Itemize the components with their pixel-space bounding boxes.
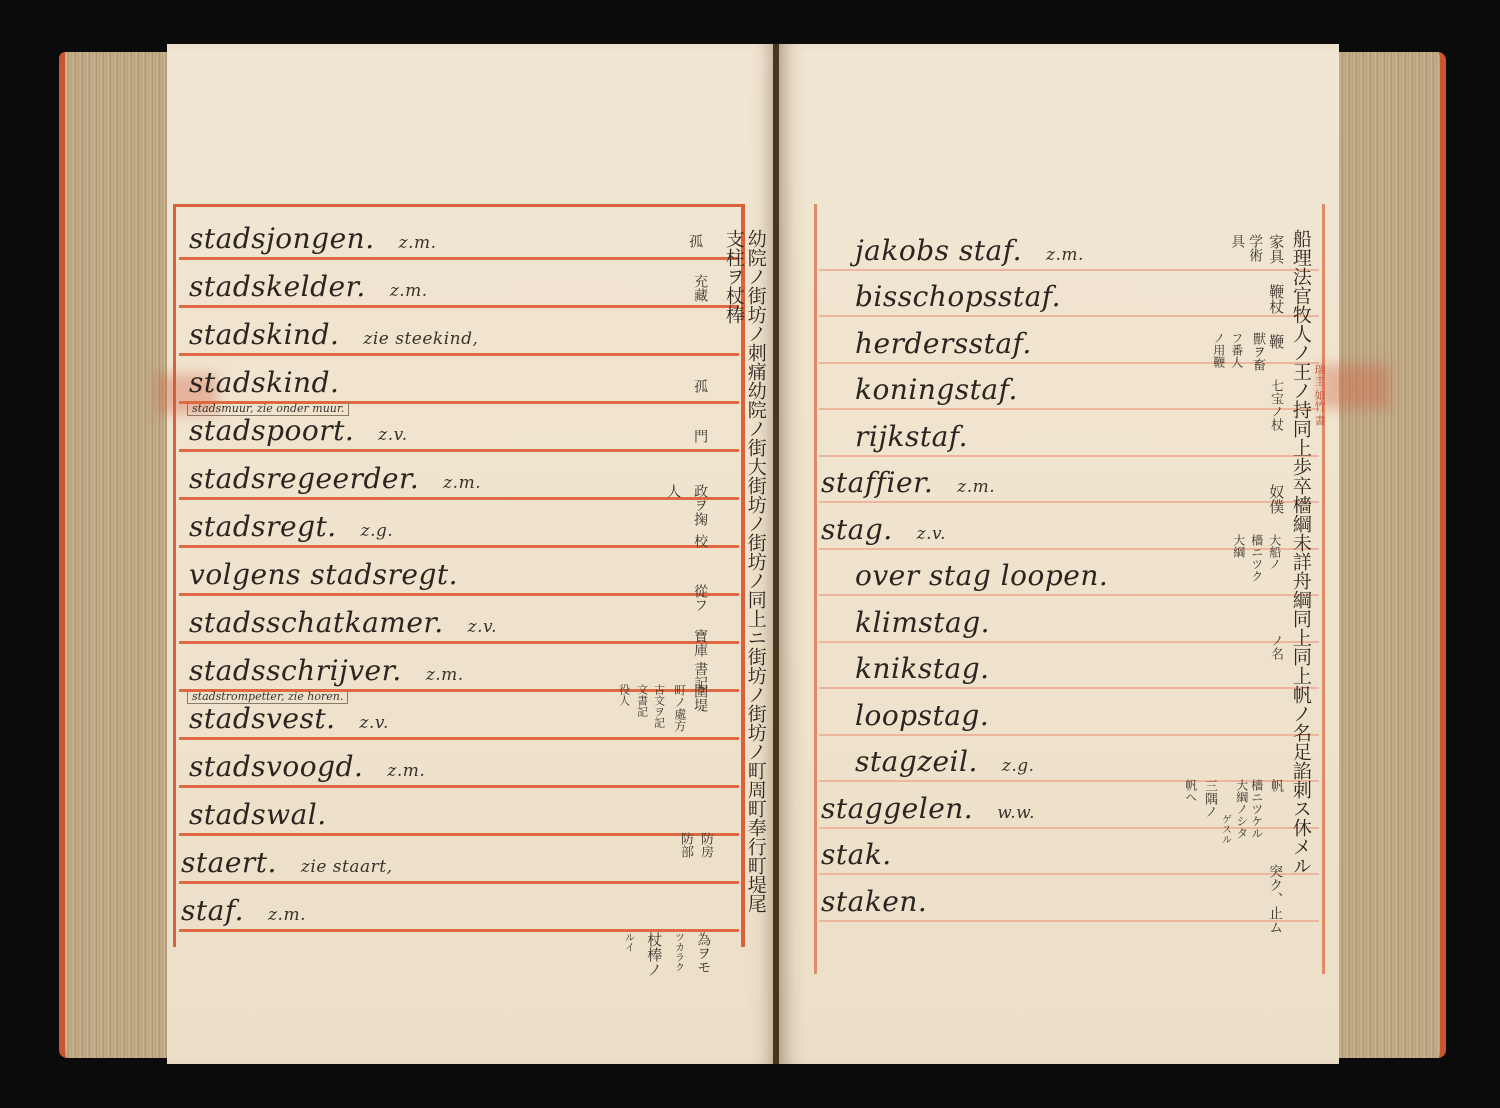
entry-word: stadsjongen. [189, 222, 375, 255]
japanese-note: 三隅ノ [1201, 779, 1216, 818]
entry-word: stadskind. [189, 318, 339, 351]
entry-word: stagzeil. [855, 745, 978, 778]
entry-row: stadsvoogd.z.m. [179, 740, 739, 788]
entry-row: staert.zie staart, [179, 836, 739, 884]
entry-row: stadskind. [179, 356, 739, 404]
japanese-translation-column: 船理法官牧人ノ王ノ持同上歩卒檣綱未詳舟綱同上同上帆ノ名足諂刺ス休メル [1289, 229, 1311, 949]
entry-word: stadspoort. [189, 414, 354, 447]
entry-row: stadskind.zie steekind, [179, 308, 739, 356]
entry-word: stadskelder. [189, 270, 366, 303]
japanese-note: 為ヲモ [695, 932, 711, 974]
entry-word: staggelen. [821, 792, 973, 825]
red-smudge [1319, 364, 1389, 409]
japanese-note: 役人 [617, 684, 630, 706]
entry-row: stadsmuur, zie onder muur.stadspoort.z.v… [179, 404, 739, 452]
japanese-note: フ番人 [1229, 332, 1243, 368]
left-page: stadsjongen.z.m. stadskelder.z.m. stadsk… [167, 44, 777, 1064]
japanese-note: 防部 [677, 832, 692, 858]
entry-grammar: z.m. [1046, 245, 1084, 265]
entry-grammar: w.w. [997, 803, 1035, 823]
entry-row: herdersstaf. [819, 317, 1319, 364]
entry-row: staf.z.m. [179, 884, 739, 932]
japanese-note: 学術 [1247, 234, 1263, 262]
entry-word: stadswal. [189, 798, 327, 831]
japanese-note: 從フ [692, 584, 708, 612]
entry-word: stadsschrijver. [189, 654, 402, 687]
entry-grammar: zie staart, [301, 857, 393, 877]
japanese-note: 鞭 [1267, 334, 1284, 349]
japanese-note: 圍堤 [692, 684, 708, 712]
entry-row: koningstaf. [819, 364, 1319, 411]
entry-word: stadsvest. [189, 702, 336, 735]
japanese-note: 奴僕 [1267, 484, 1284, 514]
left-entry-list: stadsjongen.z.m. stadskelder.z.m. stadsk… [179, 212, 739, 932]
japanese-note: 家具 [1267, 234, 1284, 264]
entry-grammar: z.m. [426, 665, 464, 685]
entry-row: stadsschatkamer.z.v. [179, 596, 739, 644]
right-page-edge-stack [1332, 52, 1446, 1058]
japanese-note: 帆ヘ [1183, 779, 1197, 803]
entry-word: stadsregt. [189, 510, 337, 543]
entry-word: staf. [181, 894, 244, 927]
entry-row: staffier.z.m. [819, 457, 1319, 504]
left-page-edge-stack [59, 52, 167, 1058]
entry-word: staffier. [821, 466, 933, 499]
entry-grammar: z.g. [1002, 756, 1035, 776]
entry-word: bisschopsstaf. [855, 280, 1061, 313]
entry-word: stag. [821, 513, 893, 546]
japanese-note: 孤 [692, 379, 708, 393]
japanese-note: 大綱 [1231, 534, 1245, 558]
japanese-note: 大船ノ [1267, 534, 1281, 570]
japanese-note: ノ用鞭 [1211, 332, 1225, 368]
entry-word: klimstag. [855, 606, 990, 639]
entry-word: stak. [821, 838, 892, 871]
entry-row: staken. [819, 875, 1319, 922]
japanese-note: 寶庫 書記 [692, 629, 708, 689]
japanese-note: 充藏 [692, 274, 708, 302]
japanese-note: ルイ [622, 932, 634, 952]
entry-grammar: z.m. [443, 473, 481, 493]
entry-word: staken. [821, 885, 927, 918]
entry-word: knikstag. [855, 652, 990, 685]
japanese-note: 人 [665, 484, 681, 498]
japanese-note: 檣ニツク [1249, 534, 1263, 582]
japanese-translation-column: 幼院ノ街坊ノ刺痛幼院ノ街大街坊ノ街坊ノ同上ニ街坊ノ街坊ノ町周町奉行町堤尾支柱ヲ杖… [722, 229, 766, 929]
entry-grammar: z.v. [917, 524, 946, 544]
japanese-note: 町ノ處方 [672, 684, 686, 732]
entry-grammar: z.g. [361, 521, 394, 541]
entry-row: bisschopsstaf. [819, 271, 1319, 318]
entry-grammar: z.v. [360, 713, 389, 733]
japanese-note: 防房 [697, 832, 712, 858]
japanese-note: 鞭杖 [1267, 284, 1284, 314]
entry-row: stadsregeerder.z.m. [179, 452, 739, 500]
japanese-note: 帆 [1267, 779, 1282, 792]
japanese-note: 大綱ノシタ [1234, 779, 1248, 839]
entry-row: rijkstaf. [819, 410, 1319, 457]
entry-row: knikstag. [819, 643, 1319, 690]
entry-word: herdersstaf. [855, 327, 1032, 360]
entry-word: rijkstaf. [855, 420, 968, 453]
japanese-note: 七宝ノ杖 [1267, 379, 1282, 431]
open-book: stadsjongen.z.m. stadskelder.z.m. stadsk… [55, 44, 1450, 1064]
entry-grammar: z.m. [957, 477, 995, 497]
entry-word: stadskind. [189, 366, 339, 399]
japanese-note: 突ク、止ム [1267, 864, 1283, 934]
right-page: jakobs staf.z.m. bisschopsstaf. herderss… [779, 44, 1339, 1064]
entry-grammar: z.m. [268, 905, 306, 925]
japanese-note: 檣ニツケル [1249, 779, 1263, 839]
entry-row: klimstag. [819, 596, 1319, 643]
japanese-note: ゲスル [1219, 814, 1231, 844]
entry-word: stadsvoogd. [189, 750, 363, 783]
japanese-note: 校 [692, 534, 708, 548]
japanese-note: 古文ヲ記 [652, 684, 665, 728]
entry-word: stadsschatkamer. [189, 606, 444, 639]
entry-word: koningstaf. [855, 373, 1018, 406]
entry-word: loopstag. [855, 699, 989, 732]
entry-word: jakobs staf. [855, 234, 1022, 267]
entry-word: staert. [181, 846, 277, 879]
entry-grammar: z.v. [378, 425, 407, 445]
entry-grammar: zie steekind, [363, 329, 478, 349]
entry-grammar: z.m. [387, 761, 425, 781]
entry-word: over stag loopen. [855, 559, 1108, 592]
entry-grammar: z.m. [390, 281, 428, 301]
japanese-note: 具 [1229, 234, 1245, 248]
entry-word: stadsregeerder. [189, 462, 419, 495]
entry-word: volgens stadsregt. [189, 558, 458, 591]
entry-row: loopstag. [819, 689, 1319, 736]
japanese-note: ツカラク [672, 932, 684, 972]
japanese-note: 獸ヲ畜 [1249, 332, 1264, 371]
entry-row: stagzeil.z.g. [819, 736, 1319, 783]
japanese-note: ノ名 [1267, 634, 1282, 660]
entry-row: stadsjongen.z.m. [179, 212, 739, 260]
japanese-note: 杖棒ノ [645, 932, 662, 977]
japanese-note: 門 [692, 429, 708, 443]
entry-grammar: z.m. [399, 233, 437, 253]
entry-row: volgens stadsregt. [179, 548, 739, 596]
japanese-note: 政ヲ掬 [692, 484, 708, 526]
japanese-note: 文書記 [635, 684, 648, 717]
entry-grammar: z.v. [468, 617, 497, 637]
entry-row: stadskelder.z.m. [179, 260, 739, 308]
entry-row: stadsregt.z.g. [179, 500, 739, 548]
entry-row: stadswal. [179, 788, 739, 836]
